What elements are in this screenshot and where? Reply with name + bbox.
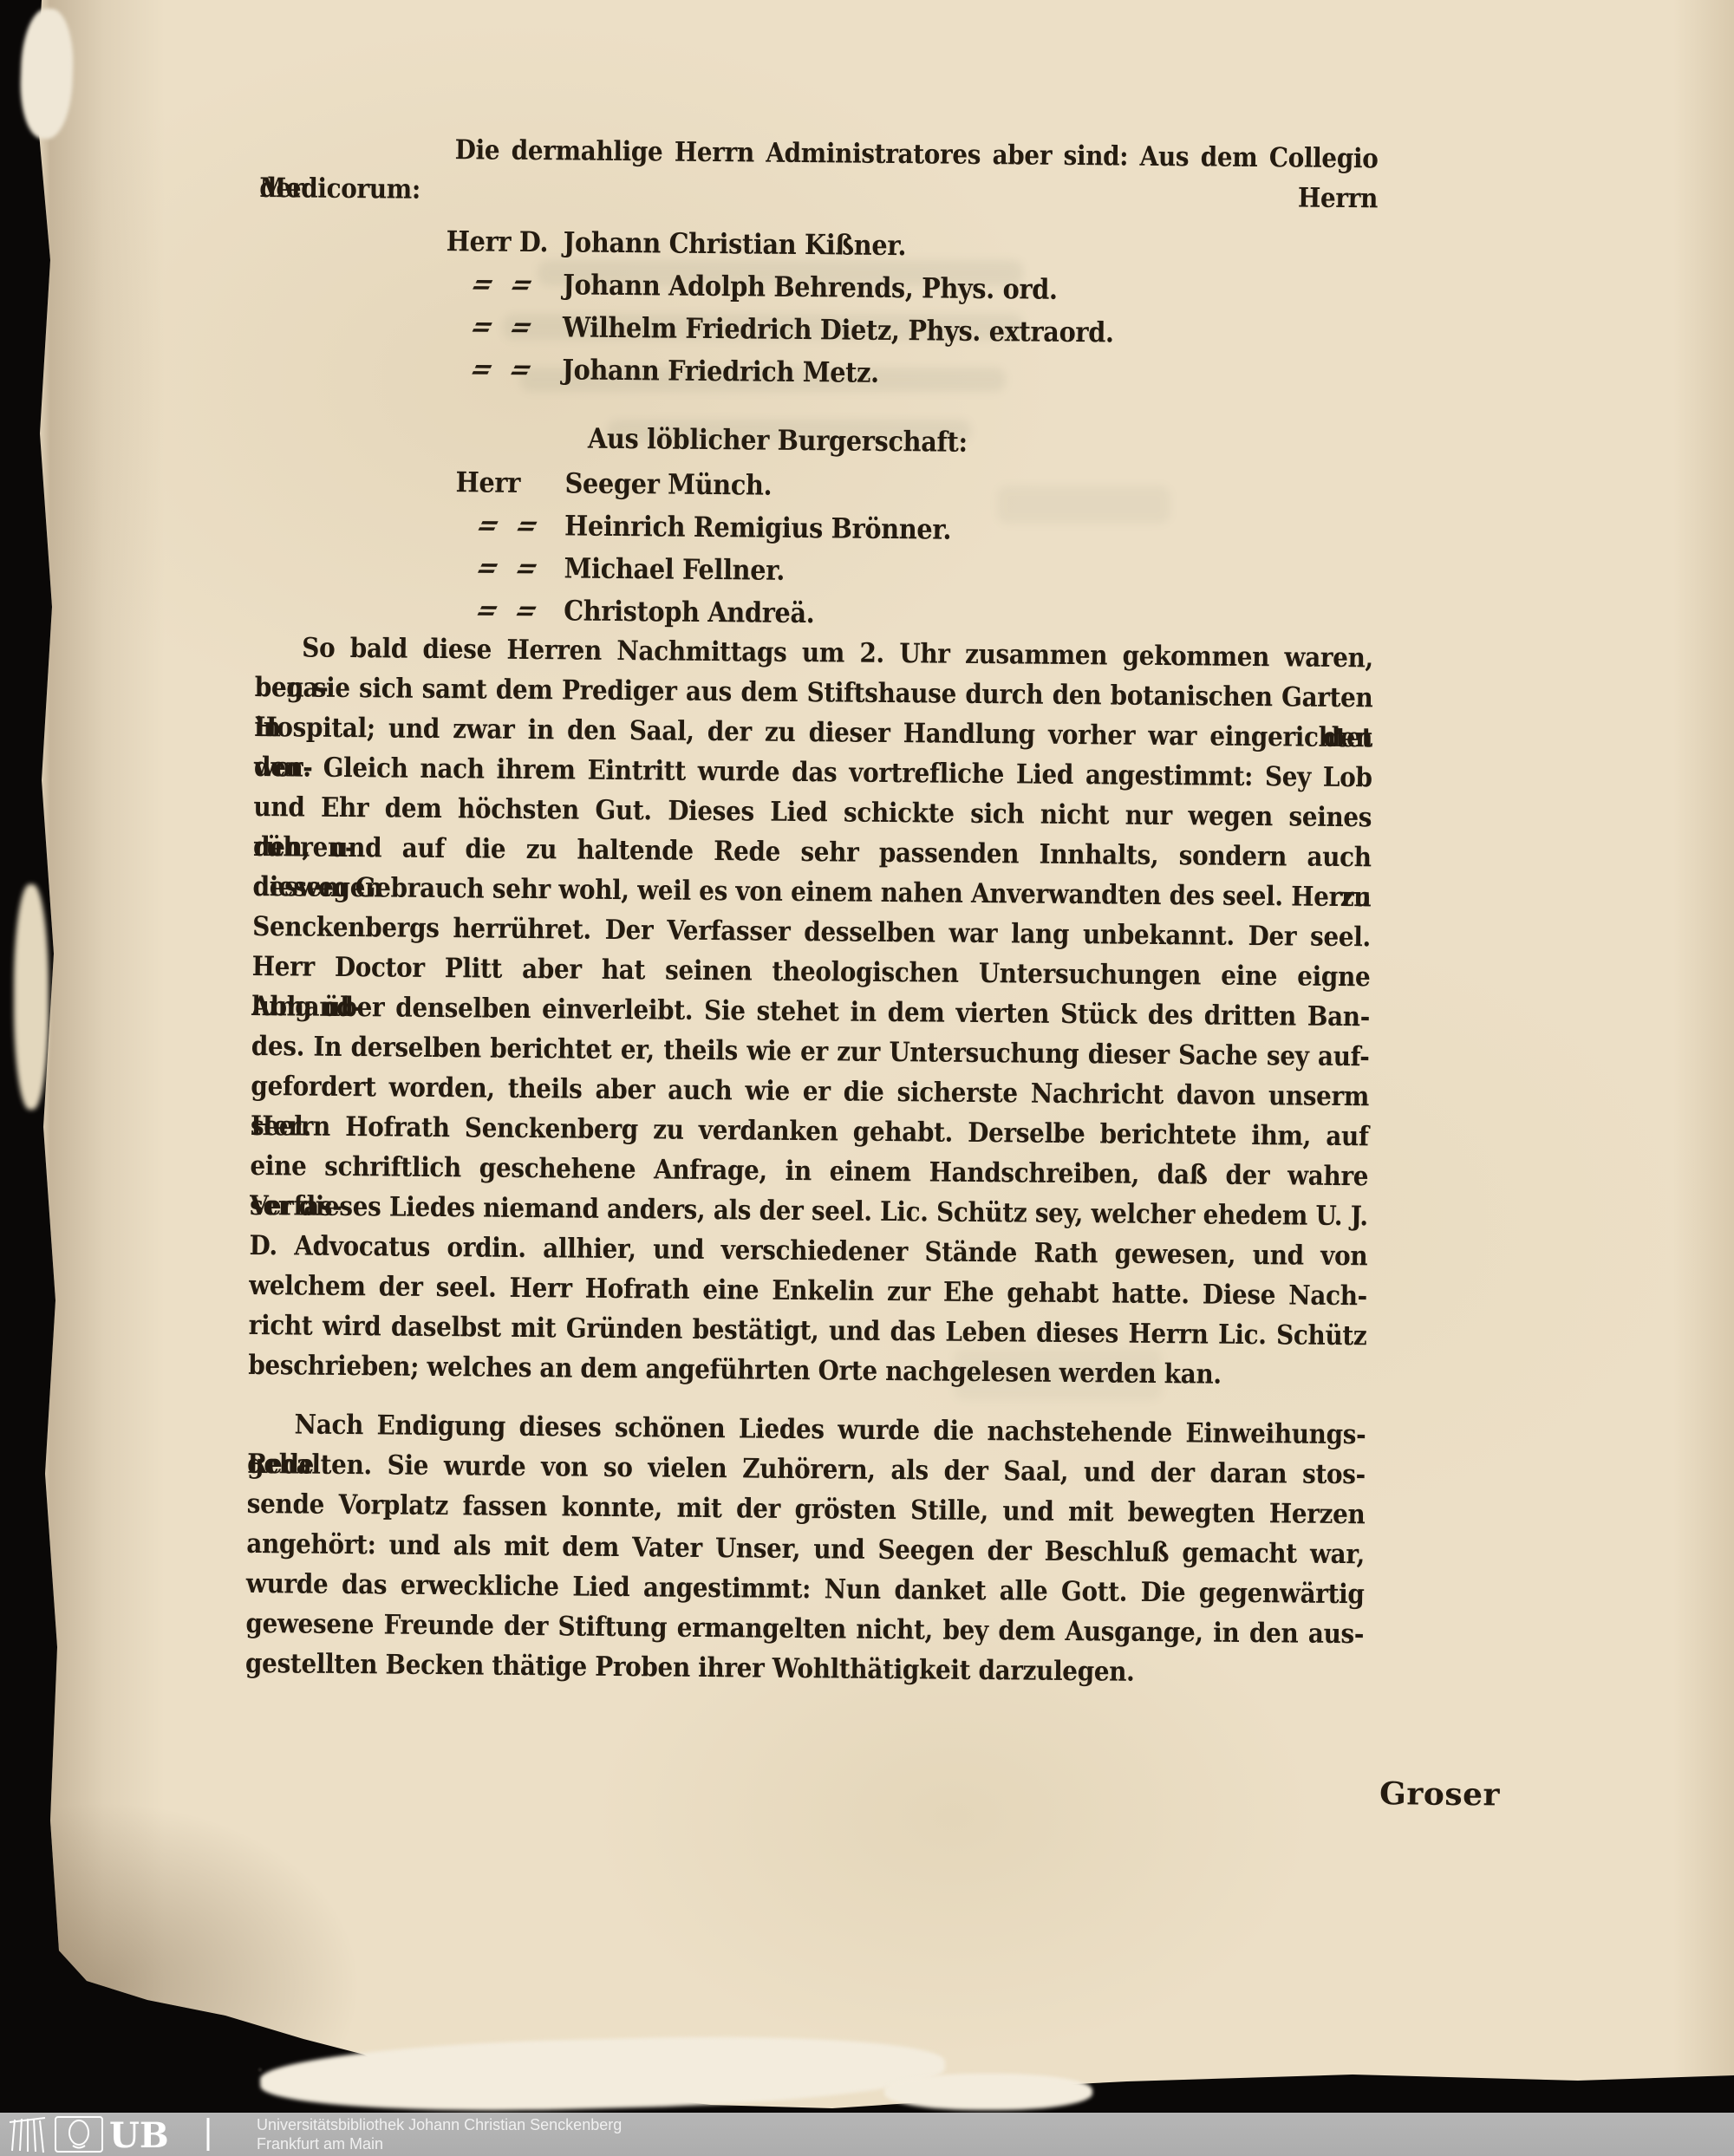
torn-edge-highlight <box>14 884 49 1110</box>
ub-logo-icon: UB <box>5 2114 222 2154</box>
library-name: Universitätsbibliothek Johann Christian … <box>257 2115 622 2134</box>
ditto-mark: = = <box>446 263 563 306</box>
paragraph-2: Nach Endigung dieses schönen Liedes wurd… <box>245 1404 1366 1694</box>
burgerschaft-heading: Aus löblicher Burgerschaft: <box>257 414 1298 466</box>
intro-line-1: Die dermahlige Herrn Administratores abe… <box>260 128 1379 179</box>
row-name: Christoph Andreä. <box>564 594 815 629</box>
ditto-mark: = = <box>455 504 564 547</box>
ditto-mark: = = <box>445 348 562 391</box>
row-name: Heinrich Remigius Brönner. <box>564 509 951 545</box>
footer-bar: UB Universitätsbibliothek Johann Christi… <box>0 2113 1734 2156</box>
catchword: Groser <box>1240 1775 1500 1814</box>
row-name: Wilhelm Friedrich Dietz, Phys. extraord. <box>563 310 1114 348</box>
ditto-mark: = = <box>454 589 564 632</box>
library-city: Frankfurt am Main <box>257 2134 622 2153</box>
ditto-mark: = = <box>446 305 563 348</box>
row-name: Michael Fellner. <box>564 551 785 586</box>
row-prefix: Herr D. <box>447 220 564 264</box>
paragraph-1: So bald diese Herren Nachmittags um 2. U… <box>248 628 1373 1396</box>
row-name: Seeger Münch. <box>564 466 772 501</box>
burgerschaft-list: HerrSeeger Münch. = =Heinrich Remigius B… <box>255 459 1574 642</box>
library-caption: Universitätsbibliothek Johann Christian … <box>257 2115 622 2153</box>
administratores-list: Herr D.Johann Christian Kißner. = =Johan… <box>257 218 1565 401</box>
text-block: Die dermahlige Herrn Administratores abe… <box>243 128 1379 1959</box>
row-name: Johann Christian Kißner. <box>564 225 907 262</box>
row-name: Johann Friedrich Metz. <box>562 353 879 389</box>
torn-edge-highlight <box>884 2074 1092 2110</box>
row-name: Johann Adolph Behrends, Phys. ord. <box>563 268 1058 305</box>
intro-section: Die dermahlige Herrn Administratores abe… <box>259 128 1379 218</box>
ub-logo-text: UB <box>109 2115 169 2154</box>
ditto-mark: = = <box>454 546 564 589</box>
page-paper: Die dermahlige Herrn Administratores abe… <box>0 0 1734 2113</box>
row-prefix: Herr <box>455 461 564 505</box>
scan-background: Die dermahlige Herrn Administratores abe… <box>0 0 1734 2156</box>
